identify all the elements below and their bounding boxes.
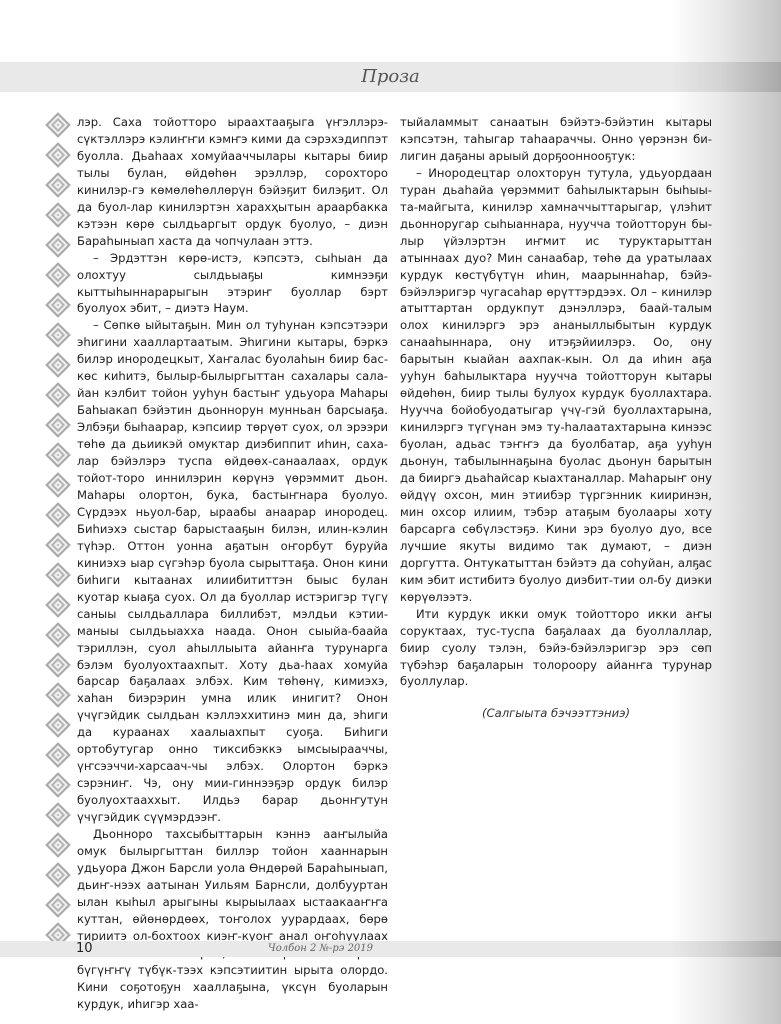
ornament-column <box>44 116 72 956</box>
page-number: 10 <box>76 941 93 957</box>
diamond-ornament-icon <box>45 352 70 377</box>
section-title: Проза <box>0 62 781 92</box>
diamond-ornament-icon <box>45 832 70 857</box>
diamond-ornament-icon <box>45 202 70 227</box>
diamond-ornament-icon <box>45 592 70 617</box>
diamond-ornament-icon <box>45 442 70 467</box>
left-column: лэр. Саха тойотторо ыраахтааҕыга үҥэллэр… <box>77 114 388 1013</box>
paragraph: – Сөпкө ыйытаҕын. Мин ол туһунан кэпсэтэ… <box>77 317 388 826</box>
paragraph: лэр. Саха тойотторо ыраахтааҕыга үҥэллэр… <box>77 114 388 250</box>
diamond-ornament-icon <box>45 472 70 497</box>
right-column: тыйаламмыт санаатын бэйэтэ-бэйэтин кытар… <box>400 114 712 722</box>
footer-band <box>0 941 781 957</box>
diamond-ornament-icon <box>45 742 70 767</box>
diamond-ornament-icon <box>45 142 70 167</box>
diamond-ornament-icon <box>45 622 70 647</box>
paragraph: тыйаламмыт санаатын бэйэтэ-бэйэтин кытар… <box>400 114 712 165</box>
diamond-ornament-icon <box>45 862 70 887</box>
diamond-ornament-icon <box>45 322 70 347</box>
diamond-ornament-icon <box>45 772 70 797</box>
diamond-ornament-icon <box>45 562 70 587</box>
diamond-ornament-icon <box>45 292 70 317</box>
continuation-note: (Салгыыта бэчээттэниэ) <box>400 705 712 722</box>
diamond-ornament-icon <box>45 682 70 707</box>
diamond-ornament-icon <box>45 262 70 287</box>
diamond-ornament-icon <box>45 802 70 827</box>
diamond-ornament-icon <box>45 892 70 917</box>
diamond-ornament-icon <box>45 502 70 527</box>
paragraph: Ити курдук икки омук тойотторо икки аҥы … <box>400 606 712 691</box>
diamond-ornament-icon <box>45 382 70 407</box>
diamond-ornament-icon <box>45 652 70 677</box>
diamond-ornament-icon <box>45 172 70 197</box>
paragraph: – Эрдэттэн көрө-истэ, кэпсэтэ, сыһыан да… <box>77 250 388 318</box>
diamond-ornament-icon <box>45 532 70 557</box>
diamond-ornament-icon <box>45 412 70 437</box>
diamond-ornament-icon <box>45 112 70 137</box>
paragraph: – Инородецтар олохторун тутула, удьуорда… <box>400 165 712 606</box>
paragraph: Дьонноро тахсыбыттарын кэннэ ааҥылыйа ом… <box>77 826 388 1012</box>
diamond-ornament-icon <box>45 232 70 257</box>
issue-label: Чолбон 2 №-рэ 2019 <box>268 941 373 957</box>
diamond-ornament-icon <box>45 712 70 737</box>
